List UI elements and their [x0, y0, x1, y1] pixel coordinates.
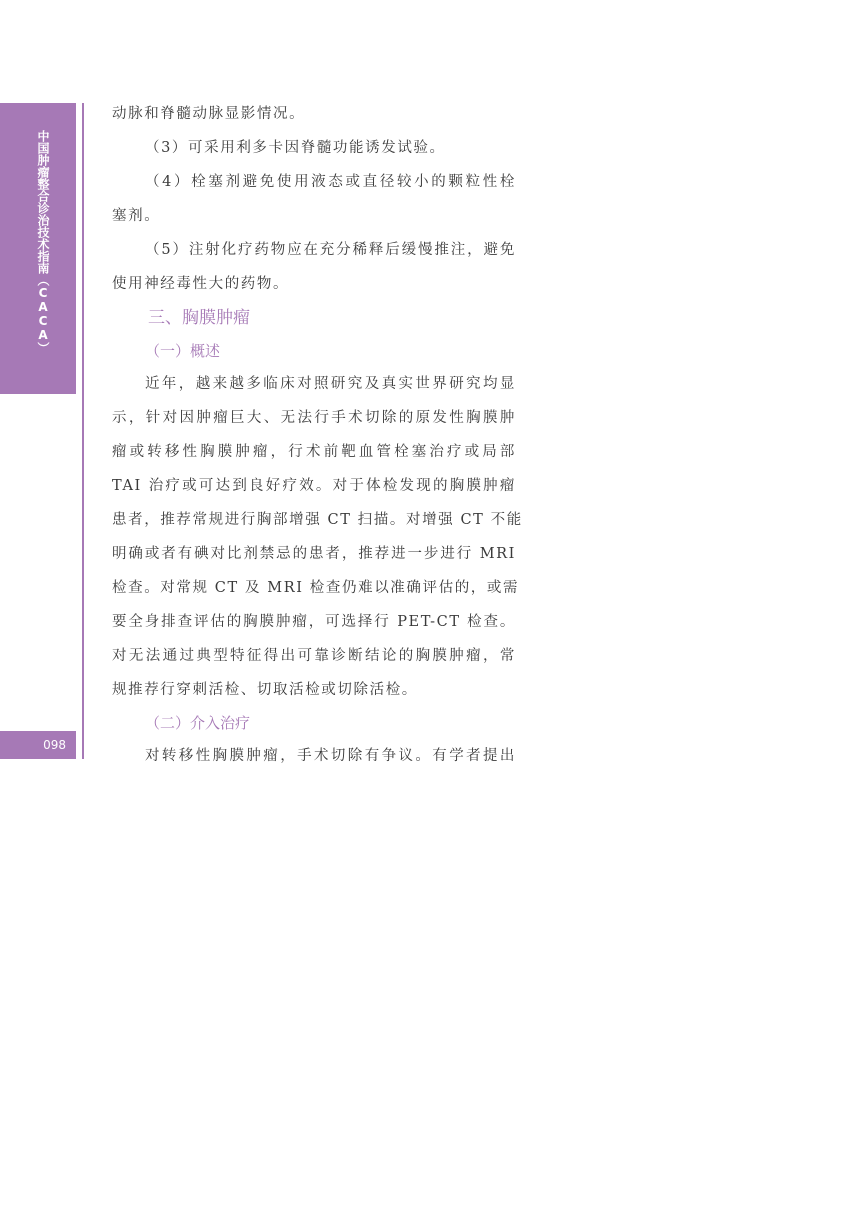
paragraph-line: 示，针对因肿瘤巨大、无法行手术切除的原发性胸膜肿: [112, 401, 516, 435]
paragraph-line: 对无法通过典型特征得出可靠诊断结论的胸膜肿瘤，常: [112, 639, 516, 673]
paragraph-line: 明确或者有碘对比剂禁忌的患者，推荐进一步进行 MRI: [112, 537, 516, 571]
list-item-3: （3）可采用利多卡因脊髓功能诱发试验。: [112, 131, 516, 165]
list-item-5: （5）注射化疗药物应在充分稀释后缓慢推注，避免: [112, 233, 516, 267]
paragraph-line: 患者，推荐常规进行胸部增强 CT 扫描。对增强 CT 不能: [112, 503, 516, 537]
paragraph-line: 塞剂。: [112, 199, 516, 233]
paragraph-line: 规推荐行穿刺活检、切取活检或切除活检。: [112, 673, 516, 707]
list-item-4: （4）栓塞剂避免使用液态或直径较小的颗粒性栓: [112, 165, 516, 199]
page-content: 动脉和脊髓动脉显影情况。 （3）可采用利多卡因脊髓功能诱发试验。 （4）栓塞剂避…: [112, 97, 516, 773]
page-number-box: 098: [0, 731, 76, 759]
paragraph-line: 要全身排查评估的胸膜肿瘤，可选择行 PET-CT 检查。: [112, 605, 516, 639]
paragraph-line: TAI 治疗或可达到良好疗效。对于体检发现的胸膜肿瘤: [112, 469, 516, 503]
paragraph-line: 近年，越来越多临床对照研究及真实世界研究均显: [112, 367, 516, 401]
paragraph-line: 动脉和脊髓动脉显影情况。: [112, 97, 516, 131]
page-number: 098: [43, 737, 66, 753]
paragraph-line: 使用神经毒性大的药物。: [112, 267, 516, 301]
subsection-heading-overview: （一）概述: [112, 335, 516, 367]
paragraph-line: 瘤或转移性胸膜肿瘤，行术前靶血管栓塞治疗或局部: [112, 435, 516, 469]
paragraph-line: 对转移性胸膜肿瘤，手术切除有争议。有学者提出: [112, 739, 516, 773]
subsection-heading-intervention: （二）介入治疗: [112, 707, 516, 739]
running-title: 中国肿瘤整合诊治技术指南（CACA）: [36, 130, 50, 354]
section-heading: 三、胸膜肿瘤: [112, 301, 516, 335]
paragraph-line: 检查。对常规 CT 及 MRI 检查仍难以准确评估的，或需: [112, 571, 516, 605]
margin-rule: [82, 103, 84, 759]
